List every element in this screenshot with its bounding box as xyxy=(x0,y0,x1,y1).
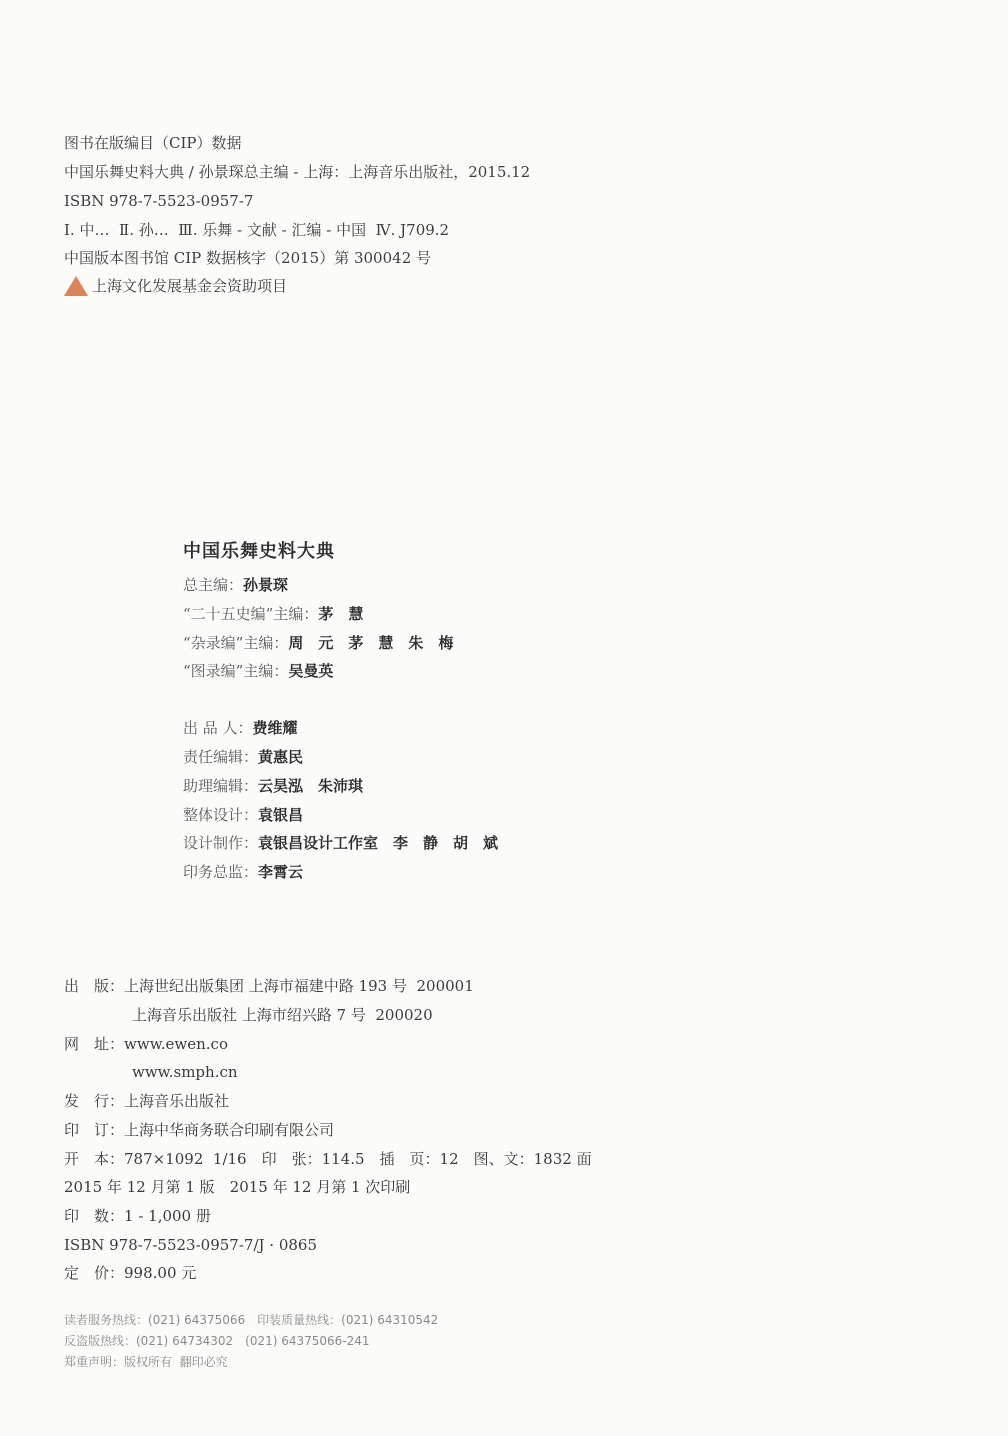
staff-line: 出 品 人：费维耀 xyxy=(183,718,298,738)
price-line: 定 价：998.00 元 xyxy=(64,1263,196,1283)
print-run-label: 印 数： xyxy=(64,1207,124,1225)
staff-value: 费维耀 xyxy=(253,719,298,737)
copyright-notice: 郑重声明：版权所有 翻印必究 xyxy=(64,1354,228,1370)
staff-label: 印务总监： xyxy=(183,863,258,881)
staff-value: 袁银昌 xyxy=(258,806,303,824)
cip-classification: Ⅰ. 中… Ⅱ. 孙… Ⅲ. 乐舞 - 文献 - 汇编 - 中国 Ⅳ. J709… xyxy=(64,220,449,240)
price-value: 998.00 元 xyxy=(124,1264,196,1282)
credit-label: “杂录编”主编： xyxy=(183,634,288,652)
credit-label: “图录编”主编： xyxy=(183,662,288,680)
staff-value: 黄惠民 xyxy=(258,748,303,766)
copyright-page: 图书在版编目（CIP）数据 中国乐舞史料大典 / 孙景琛总主编 - 上海：上海音… xyxy=(0,0,1008,1436)
staff-label: 整体设计： xyxy=(183,806,258,824)
isbn-full: ISBN 978-7-5523-0957-7/J · 0865 xyxy=(64,1235,317,1255)
staff-label: 出 品 人： xyxy=(183,719,253,737)
print-run-line: 印 数：1 - 1,000 册 xyxy=(64,1206,211,1226)
book-title: 中国乐舞史料大典 xyxy=(183,537,335,563)
cip-isbn: ISBN 978-7-5523-0957-7 xyxy=(64,191,253,211)
credit-label: “二十五史编”主编： xyxy=(183,605,318,623)
printer-value: 上海中华商务联合印刷有限公司 xyxy=(124,1121,334,1139)
hotlines-1: 读者服务热线：(021) 64375066 印装质量热线：(021) 64310… xyxy=(64,1312,438,1328)
staff-line: 印务总监：李霄云 xyxy=(183,862,303,882)
cip-heading: 图书在版编目（CIP）数据 xyxy=(64,133,242,153)
publisher-line: 出 版：上海世纪出版集团 上海市福建中路 193 号 200001 xyxy=(64,976,474,996)
website-1-link[interactable]: www.ewen.co xyxy=(124,1035,228,1053)
credit-line: “杂录编”主编：周 元 茅 慧 朱 梅 xyxy=(183,633,453,653)
printer-line: 印 订：上海中华商务联合印刷有限公司 xyxy=(64,1120,334,1140)
credit-value: 吴曼英 xyxy=(288,662,333,680)
credit-value: 周 元 茅 慧 朱 梅 xyxy=(288,634,453,652)
website-line: 网 址：www.ewen.co xyxy=(64,1034,228,1054)
credit-line: “图录编”主编：吴曼英 xyxy=(183,661,333,681)
cip-number: 中国版本图书馆 CIP 数据核字（2015）第 300042 号 xyxy=(64,248,431,268)
staff-value: 袁银昌设计工作室 李 静 胡 斌 xyxy=(258,834,498,852)
staff-label: 设计制作： xyxy=(183,834,258,852)
price-label: 定 价： xyxy=(64,1264,124,1282)
hotlines-2: 反盗版热线：(021) 64734302 (021) 64375066-241 xyxy=(64,1333,370,1349)
credit-value: 孙景琛 xyxy=(243,576,288,594)
format-line: 开 本：787×1092 1/16 印 张：114.5 插 页：12 图、文：1… xyxy=(64,1149,592,1169)
staff-value: 李霄云 xyxy=(258,863,303,881)
staff-line: 责任编辑：黄惠民 xyxy=(183,747,303,767)
staff-value: 云昊泓 朱沛琪 xyxy=(258,777,363,795)
triangle-logo-icon xyxy=(64,276,88,296)
staff-label: 助理编辑： xyxy=(183,777,258,795)
distributor-label: 发 行： xyxy=(64,1092,124,1110)
publisher-1: 上海世纪出版集团 上海市福建中路 193 号 200001 xyxy=(124,977,474,995)
website-2-link[interactable]: www.smph.cn xyxy=(132,1062,238,1082)
funding-text: 上海文化发展基金会资助项目 xyxy=(92,276,287,296)
print-run-value: 1 - 1,000 册 xyxy=(124,1207,211,1225)
distributor-line: 发 行：上海音乐出版社 xyxy=(64,1091,229,1111)
staff-line: 整体设计：袁银昌 xyxy=(183,805,303,825)
staff-line: 设计制作：袁银昌设计工作室 李 静 胡 斌 xyxy=(183,833,498,853)
cip-record: 中国乐舞史料大典 / 孙景琛总主编 - 上海：上海音乐出版社，2015.12 xyxy=(64,162,530,182)
distributor-value: 上海音乐出版社 xyxy=(124,1092,229,1110)
credit-line: “二十五史编”主编：茅 慧 xyxy=(183,604,363,624)
printer-label: 印 订： xyxy=(64,1121,124,1139)
publisher-label: 出 版： xyxy=(64,977,124,995)
funding-row: 上海文化发展基金会资助项目 xyxy=(64,276,287,296)
staff-line: 助理编辑：云昊泓 朱沛琪 xyxy=(183,776,363,796)
credit-line: 总主编：孙景琛 xyxy=(183,575,288,595)
publisher-2: 上海音乐出版社 上海市绍兴路 7 号 200020 xyxy=(132,1005,433,1025)
credit-label: 总主编： xyxy=(183,576,243,594)
staff-label: 责任编辑： xyxy=(183,748,258,766)
edition-line: 2015 年 12 月第 1 版 2015 年 12 月第 1 次印刷 xyxy=(64,1177,410,1197)
website-label: 网 址： xyxy=(64,1035,124,1053)
credit-value: 茅 慧 xyxy=(318,605,363,623)
